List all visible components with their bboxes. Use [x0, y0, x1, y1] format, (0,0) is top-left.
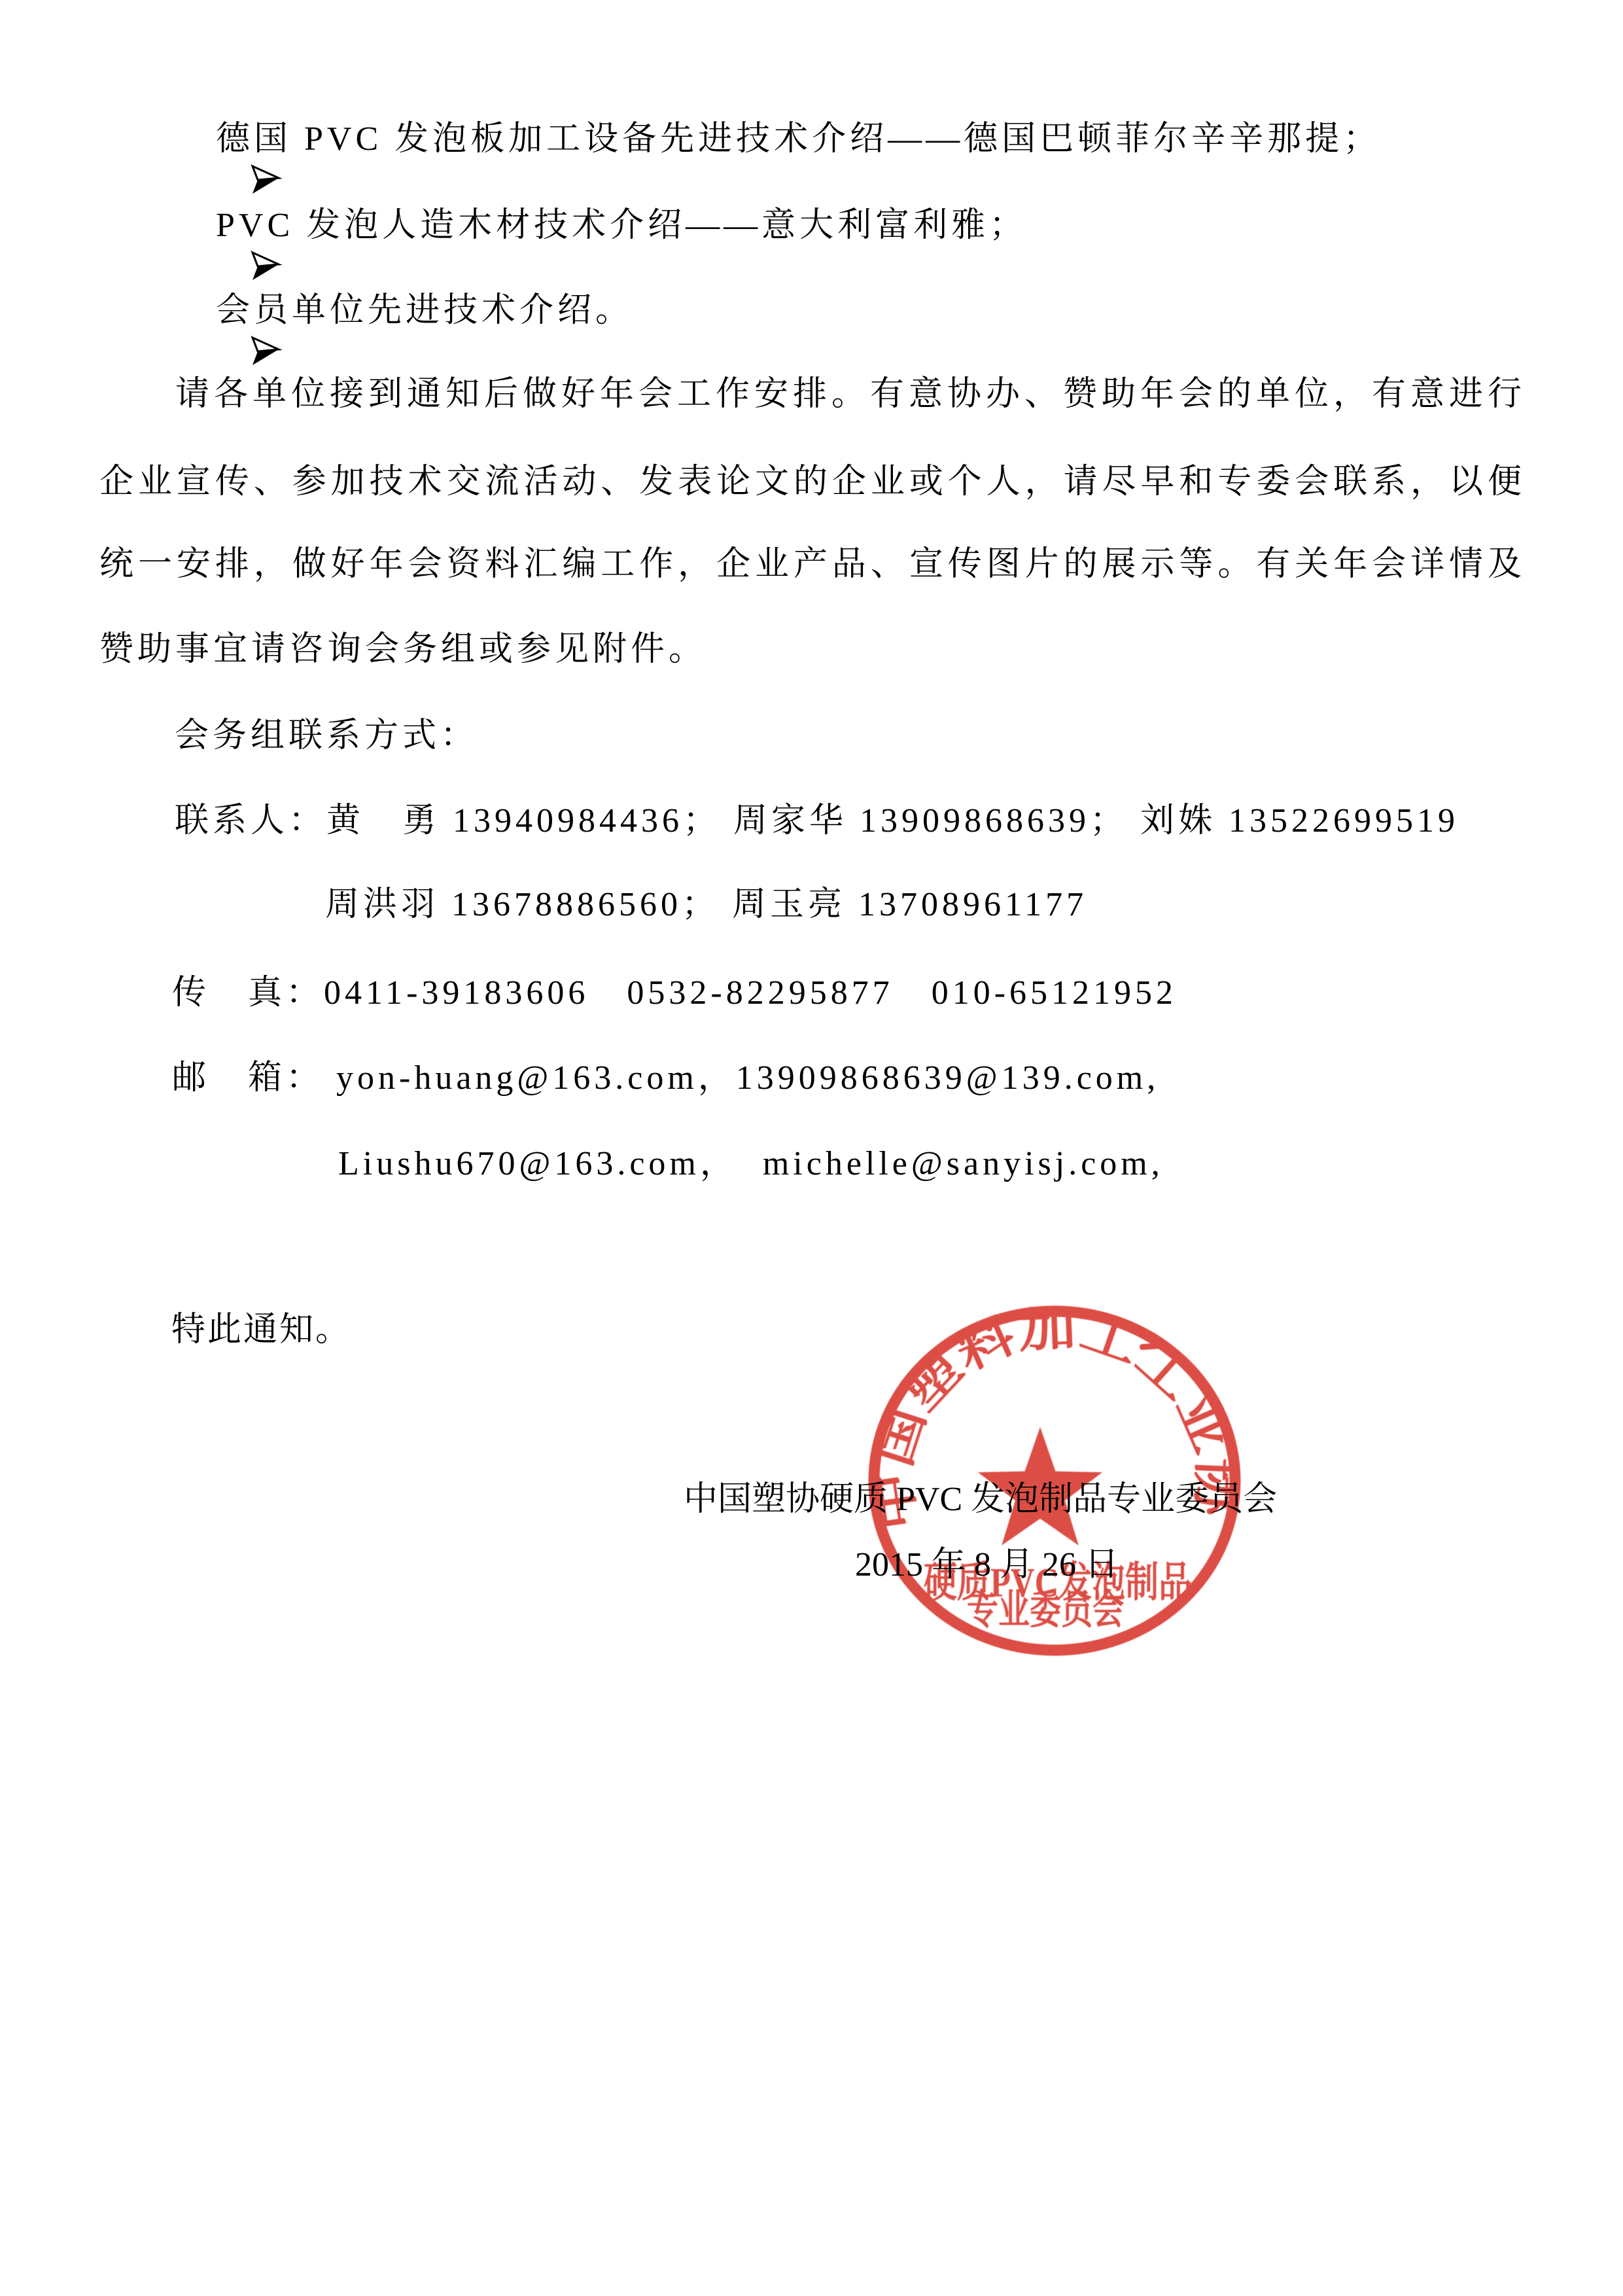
paragraph-line-2: 企业宣传、参加技术交流活动、发表论文的企业或个人，请尽早和专委会联系，以便: [99, 462, 1526, 503]
contact-heading: 会务组联系方式：: [175, 716, 478, 756]
contact-persons-line-2: 周洪羽 13678886560； 周玉亮 13708961177: [325, 885, 1087, 925]
bullet-arrow-icon: [175, 293, 208, 327]
paragraph-line-3: 统一安排，做好年会资料汇编工作，企业产品、宣传图片的展示等。有关年会详情及: [99, 544, 1526, 585]
closing-statement: 特此通知。: [171, 1310, 351, 1351]
signature-date: 2015 年 8 月 26 日: [855, 1545, 1119, 1585]
paragraph-line-1: 请各单位接到通知后做好年会工作安排。有意协办、赞助年会的单位，有意进行: [99, 374, 1526, 415]
paragraph-line-4: 赞助事宜请咨询会务组或参见附件。: [99, 629, 707, 670]
bullet-arrow-icon: [175, 208, 208, 242]
contact-fax-line: 传 真：0411-39183606 0532-82295877 010-6512…: [172, 973, 1177, 1014]
signature-organization: 中国塑协硬质 PVC 发泡制品专业委员会: [684, 1479, 1277, 1520]
bullet-text: 会员单位先进技术介绍。: [216, 291, 633, 331]
seal-inner-line2: 专业委员会: [967, 1587, 1124, 1633]
bullet-text: 德国 PVC 发泡板加工设备先进技术介绍——德国巴顿菲尔辛辛那提；: [216, 119, 1381, 160]
bullet-arrow-icon: [175, 122, 208, 156]
contact-email-line-1: 邮 箱： yon-huang@163.com，13909868639@139.c…: [172, 1058, 1159, 1099]
bullet-item-2: PVC 发泡人造木材技术介绍——意大利富利雅；: [175, 205, 1027, 246]
bullet-item-1: 德国 PVC 发泡板加工设备先进技术介绍——德国巴顿菲尔辛辛那提；: [175, 119, 1381, 160]
document-page: 中国塑料加工工业协会 硬质PVC发泡制品 专业委员会 德国 PVC 发泡板加工设…: [0, 0, 1623, 2296]
contact-persons-line-1: 联系人：黄 勇 13940984436； 周家华 13909868639； 刘姝…: [175, 801, 1459, 841]
bullet-item-3: 会员单位先进技术介绍。: [175, 291, 633, 331]
contact-email-line-2: Liushu670@163.com， michelle@sanyisj.com,: [338, 1144, 1164, 1184]
bullet-text: PVC 发泡人造木材技术介绍——意大利富利雅；: [216, 205, 1027, 246]
